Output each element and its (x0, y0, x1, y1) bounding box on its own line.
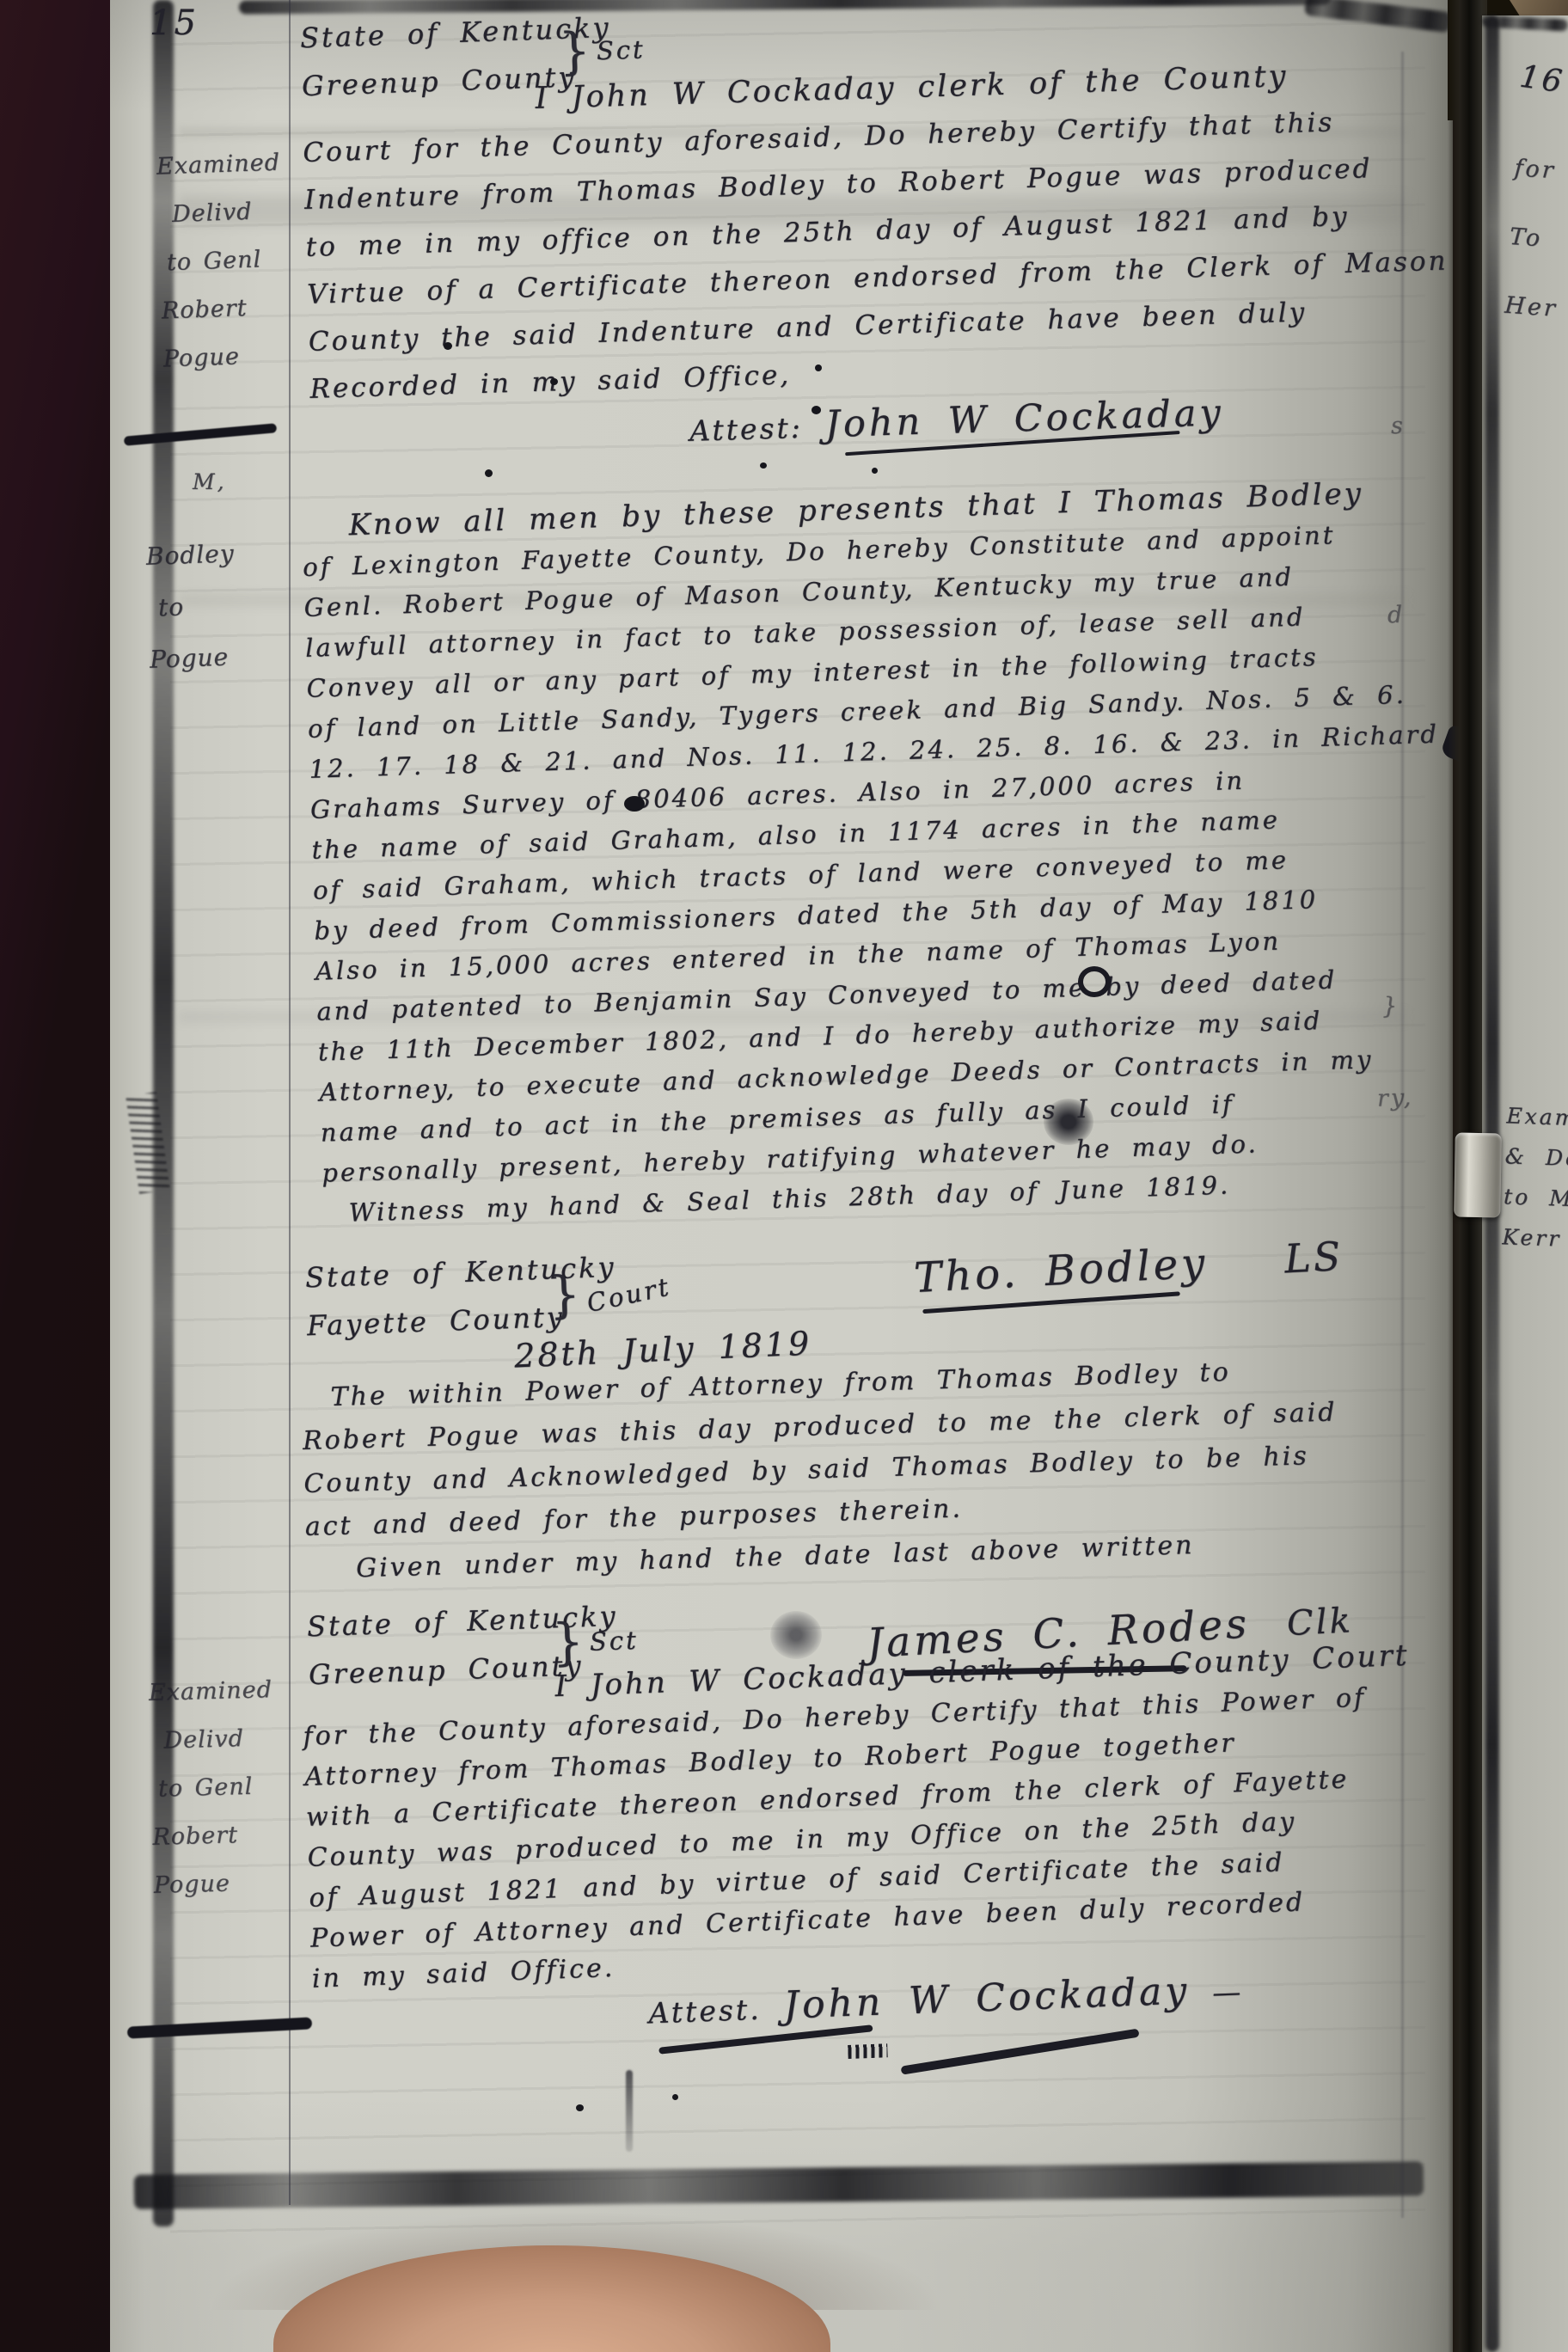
pen-flourish (901, 2029, 1140, 2075)
jurat-heading-fayette: State of Kentucky Fayette County } Court (304, 1243, 618, 1351)
photograph-of-deed-book: 15 State of Kentucky Greenup County } Sc… (0, 0, 1568, 2352)
ink-blot (672, 2094, 678, 2100)
facing-fragment: To (1507, 203, 1565, 275)
power-of-attorney-body: Know all men by these presents that I Th… (301, 472, 1445, 1234)
ink-ring-blot (1078, 966, 1111, 997)
pen-scribble (848, 2043, 888, 2059)
ink-drip (626, 2070, 633, 2152)
cutoff-character: ry, (1376, 1084, 1413, 1112)
margin-note-line: Examined (156, 139, 281, 192)
facing-fragment-lines: Exam& Delto MKerr (1502, 1095, 1568, 1259)
ink-blot (485, 469, 493, 477)
facing-fragments-top: forToHer (1503, 134, 1568, 344)
facing-fragment: to M (1503, 1176, 1568, 1219)
stray-mark: M, (193, 469, 227, 494)
margin-note-line: Pogue (149, 631, 239, 686)
brace-glyph: } (548, 1265, 584, 1324)
margin-note-examined-bottom: ExaminedDelivdto GenlRobertPogue (148, 1666, 278, 1910)
ink-blot (872, 468, 878, 474)
margin-rule (289, 0, 291, 2205)
metal-binding-clip (1454, 1133, 1502, 1218)
margin-note-lines: ExaminedDelivdto GenlRobertPogue (148, 1666, 278, 1910)
facing-page-number: 16 (1517, 59, 1566, 101)
cutoff-character: s (1390, 413, 1406, 440)
trailing-dash: — (1211, 1971, 1244, 2012)
acknowledgment-lines: The within Power of Attorney from Thomas… (301, 1346, 1424, 1592)
certification-2-lines: I John W Cockaday clerk of the County Co… (301, 1635, 1442, 2000)
margin-note-line: to Genl (159, 236, 285, 288)
margin-note-case-title: BodleytoPogue (145, 528, 239, 685)
margin-note-line: to (147, 579, 237, 634)
deed-book-page-15: 15 State of Kentucky Greenup County } Sc… (110, 0, 1453, 2352)
ink-blot (576, 2104, 584, 2111)
margin-note-line: Robert (161, 283, 286, 335)
brace-glyph: } (558, 21, 594, 80)
facing-fragment: Kerr (1502, 1216, 1568, 1259)
seal-initials: LS (1283, 1233, 1344, 1282)
facing-fragments-mid: Exam& Delto MKerr (1502, 1095, 1568, 1259)
margin-note-line: Pogue (162, 331, 288, 383)
ink-blot (624, 796, 645, 812)
margin-note-line: Robert (152, 1810, 277, 1862)
margin-note-line: Bodley (145, 528, 236, 583)
brace-glyph: } (551, 1612, 587, 1671)
certification-poa-1821: I John W Cockaday clerk of the County Co… (301, 1635, 1444, 2046)
ink-blot (815, 364, 822, 371)
cutoff-character: d (1387, 602, 1405, 629)
ink-blot (444, 342, 452, 350)
page-number: 15 (150, 3, 199, 43)
certification-indenture-1821: I John W Cockaday clerk of the CountyCou… (301, 50, 1425, 466)
bottom-smudge-border (134, 2161, 1424, 2209)
top-right-smudge (1304, 0, 1452, 33)
cutoff-character: } (1381, 993, 1400, 1020)
margin-note-line: Delivd (150, 1714, 274, 1766)
fayette-acknowledgment: The within Power of Attorney from Thomas… (301, 1346, 1424, 1592)
facing-fragment: Exam (1506, 1095, 1568, 1138)
heading-term: Sct (596, 34, 646, 65)
margin-note-line: Pogue (153, 1859, 278, 1910)
margin-note-line: Delivd (157, 187, 283, 240)
facing-fragment: & Del (1504, 1136, 1568, 1179)
margin-note-lines: BodleytoPogue (145, 528, 239, 685)
bodley-signature: Tho. Bodley LS (913, 1232, 1344, 1302)
margin-note-line: to Genl (150, 1762, 275, 1814)
margin-note-examined-top: ExaminedDelivdto GenlRobertPogue (156, 139, 288, 384)
facing-fragment: for (1512, 134, 1568, 206)
ink-blot (760, 462, 767, 469)
power-of-attorney-lines: Know all men by these presents that I Th… (301, 472, 1445, 1234)
margin-note-line: Examined (148, 1666, 273, 1718)
attest-label: Attest. (648, 1989, 763, 2034)
facing-fragment: Her (1503, 272, 1560, 344)
attest-label: Attest: (689, 404, 803, 455)
certification-1-lines: I John W Cockaday clerk of the CountyCou… (301, 50, 1424, 413)
ink-blot (770, 1611, 822, 1659)
margin-note-lines: ExaminedDelivdto GenlRobertPogue (156, 139, 288, 384)
ink-blot (550, 378, 558, 385)
pen-dash (124, 423, 277, 445)
ink-blot (1044, 1099, 1093, 1145)
ink-blot (812, 406, 821, 414)
facing-fragment-lines: forToHer (1503, 134, 1568, 344)
heading-term: Sct (589, 1626, 639, 1657)
